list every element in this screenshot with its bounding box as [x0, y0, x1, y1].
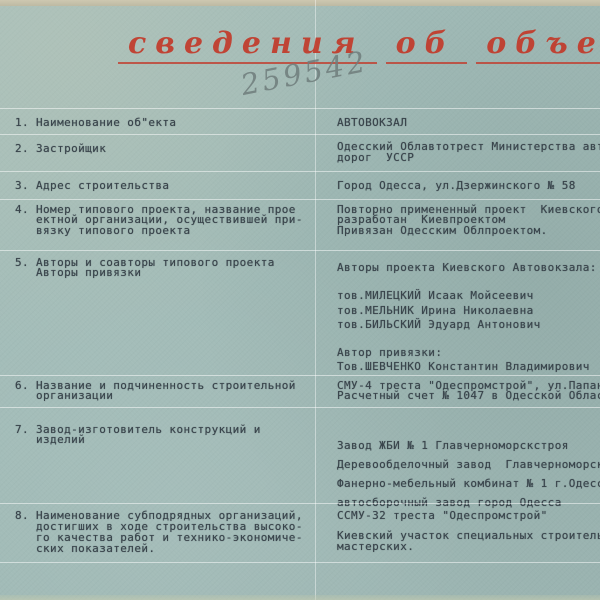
- row-number: 6.: [15, 381, 29, 391]
- row-label: Авторы и соавторы типового проектаАвторы…: [36, 258, 314, 279]
- row-label: Номер типового проекта, название проеект…: [36, 205, 314, 236]
- row-value: Одесский Облавтотрест Министерства автдо…: [337, 142, 600, 163]
- row-number: 5.: [15, 258, 29, 268]
- table-row: 6.Название и подчиненность строительнойо…: [0, 375, 600, 407]
- row-value-line: Завод ЖБИ № 1 Главчерноморскстроя: [337, 436, 600, 455]
- table-row: 8.Наименование субподрядных организаций,…: [0, 503, 600, 563]
- row-value: Город Одесса, ул.Дзержинского № 58: [337, 180, 600, 191]
- row-label-line: изделий: [36, 435, 314, 445]
- row-label: Завод-изготовитель конструкций иизделий: [36, 425, 314, 446]
- row-value-line: ССМУ-32 треста "Одеспромстрой": [337, 511, 600, 521]
- table-row: 5.Авторы и соавторы типового проектаАвто…: [0, 250, 600, 375]
- row-label-line: вязку типового проекта: [36, 226, 314, 236]
- row-value-line: Авторы проекта Киевского Автовокзала:: [337, 261, 600, 275]
- row-value: Повторно примененный проект Киевскогораз…: [337, 205, 600, 236]
- row-number: 1.: [15, 117, 29, 128]
- table-row: 3.Адрес строительстваГород Одесса, ул.Дз…: [0, 171, 600, 199]
- row-label-line: Авторы привязки: [36, 268, 314, 278]
- row-value-line: Деревообделочный завод Главчерноморск: [337, 455, 600, 474]
- title-word: объек: [476, 26, 600, 64]
- title-word: об: [386, 26, 468, 64]
- row-value: СМУ-4 треста "Одеспромстрой", ул.ПапаниР…: [337, 381, 600, 402]
- row-value-line: тов.БИЛЬСКИЙ Эдуард Антонович: [337, 318, 600, 332]
- scanned-document-page: сведения об объек 259542 1.Наименование …: [0, 0, 600, 600]
- row-label-line: организации: [36, 391, 314, 401]
- table-row: 1.Наименование об"ектаАВТОВОКЗАЛ: [0, 108, 600, 134]
- table-row: 7.Завод-изготовитель конструкций ииздели…: [0, 407, 600, 503]
- row-label-line: ских показателей.: [36, 543, 314, 554]
- table-row: 2.ЗастройщикОдесский Облавтотрест Минист…: [0, 134, 600, 171]
- row-number: 7.: [15, 425, 29, 435]
- row-value: Завод ЖБИ № 1 ГлавчерноморскстрояДеревоо…: [337, 436, 600, 512]
- scan-top-edge: [0, 0, 600, 6]
- row-number: 2.: [15, 143, 29, 154]
- row-value-line: Автор привязки:: [337, 346, 600, 360]
- row-value: Авторы проекта Киевского Автовокзала: то…: [337, 261, 600, 375]
- row-value-line: [337, 275, 600, 289]
- row-label-line: Адрес строительства: [36, 180, 314, 191]
- row-number: 4.: [15, 205, 29, 215]
- row-label: Адрес строительства: [36, 180, 314, 191]
- row-number: 8.: [15, 510, 29, 521]
- row-number: 3.: [15, 180, 29, 191]
- row-value-line: [337, 332, 600, 346]
- row-value-line: Расчетный счет № 1047 в Одесской Област: [337, 391, 600, 401]
- row-label: Застройщик: [36, 143, 314, 154]
- row-value-line: мастерских.: [337, 542, 600, 552]
- row-value-line: Город Одесса, ул.Дзержинского № 58: [337, 180, 600, 191]
- row-label: Наименование субподрядных организаций,до…: [36, 510, 314, 554]
- row-value: ССМУ-32 треста "Одеспромстрой" Киевский …: [337, 511, 600, 552]
- row-value-line: Фанерно-мебельный комбинат № 1 г.Одесс: [337, 474, 600, 493]
- info-table: 1.Наименование об"ектаАВТОВОКЗАЛ2.Застро…: [0, 108, 600, 563]
- row-value-line: тов.МЕЛЬНИК Ирина Николаевна: [337, 304, 600, 318]
- row-label-line: Застройщик: [36, 143, 314, 154]
- table-row: 4.Номер типового проекта, название проее…: [0, 199, 600, 250]
- row-label: Название и подчиненность строительнойорг…: [36, 381, 314, 402]
- scan-bottom-edge: [0, 595, 600, 600]
- row-value-line: тов.МИЛЕЦКИЙ Исаак Мойсеевич: [337, 289, 600, 303]
- row-value-line: АВТОВОКЗАЛ: [337, 117, 600, 128]
- row-value-line: Привязан Одесским Облпроектом.: [337, 226, 600, 236]
- row-value-line: дорог УССР: [337, 153, 600, 164]
- row-value: АВТОВОКЗАЛ: [337, 117, 600, 128]
- row-label-line: Наименование об"екта: [36, 117, 314, 128]
- row-value-line: Тов.ШЕВЧЕНКО Константин Владимирович: [337, 360, 600, 374]
- row-label: Наименование об"екта: [36, 117, 314, 128]
